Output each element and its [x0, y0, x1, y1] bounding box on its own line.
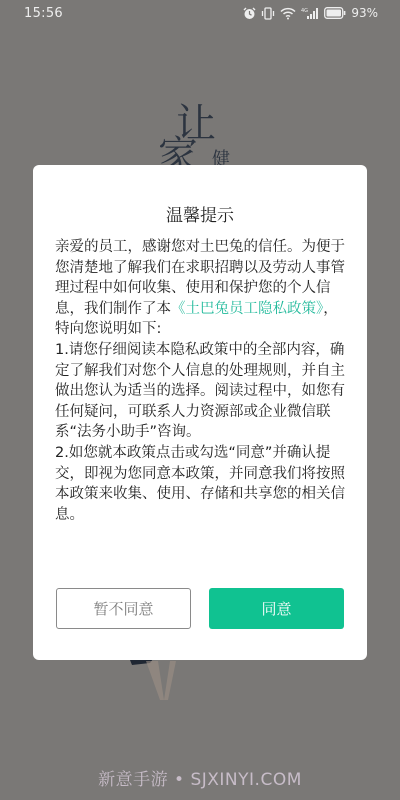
- wifi-icon: [280, 7, 296, 20]
- background-figure-illustration: [128, 655, 198, 725]
- privacy-dialog: 温馨提示 亲爱的员工，感谢您对土巴兔的信任。为便于您清楚地了解我们在求职招聘以及…: [33, 165, 367, 660]
- policy-item-1: 1.请您仔细阅读本隐私政策中的全部内容，确定了解我们对您个人信息的处理规则，并自…: [55, 340, 347, 443]
- vibrate-icon: [261, 7, 275, 20]
- decline-button[interactable]: 暂不同意: [56, 588, 191, 629]
- watermark: 新意手游 • SJXINYI.COM: [0, 765, 400, 790]
- privacy-policy-link[interactable]: 《土巴兔员工隐私政策》: [171, 301, 323, 317]
- status-bar: 15:56 4G 93%: [0, 0, 400, 28]
- alarm-icon: [243, 7, 256, 20]
- dialog-body: 亲爱的员工，感谢您对土巴兔的信任。为便于您清楚地了解我们在求职招聘以及劳动人事管…: [55, 237, 347, 525]
- policy-item-2: 2.如您就本政策点击或勾选“同意”并确认提交，即视为您同意本政策，并同意我们将按…: [55, 443, 347, 525]
- intro-paragraph: 亲爱的员工，感谢您对土巴兔的信任。为便于您清楚地了解我们在求职招聘以及劳动人事管…: [55, 237, 347, 340]
- battery-icon: [324, 7, 346, 19]
- signal-4g-icon: 4G: [301, 7, 319, 20]
- svg-text:4G: 4G: [301, 8, 308, 14]
- agree-button[interactable]: 同意: [209, 588, 344, 629]
- dialog-title: 温馨提示: [33, 201, 367, 226]
- battery-percent: 93%: [351, 6, 378, 20]
- status-icons: 4G 93%: [243, 6, 378, 20]
- status-time: 15:56: [24, 6, 63, 21]
